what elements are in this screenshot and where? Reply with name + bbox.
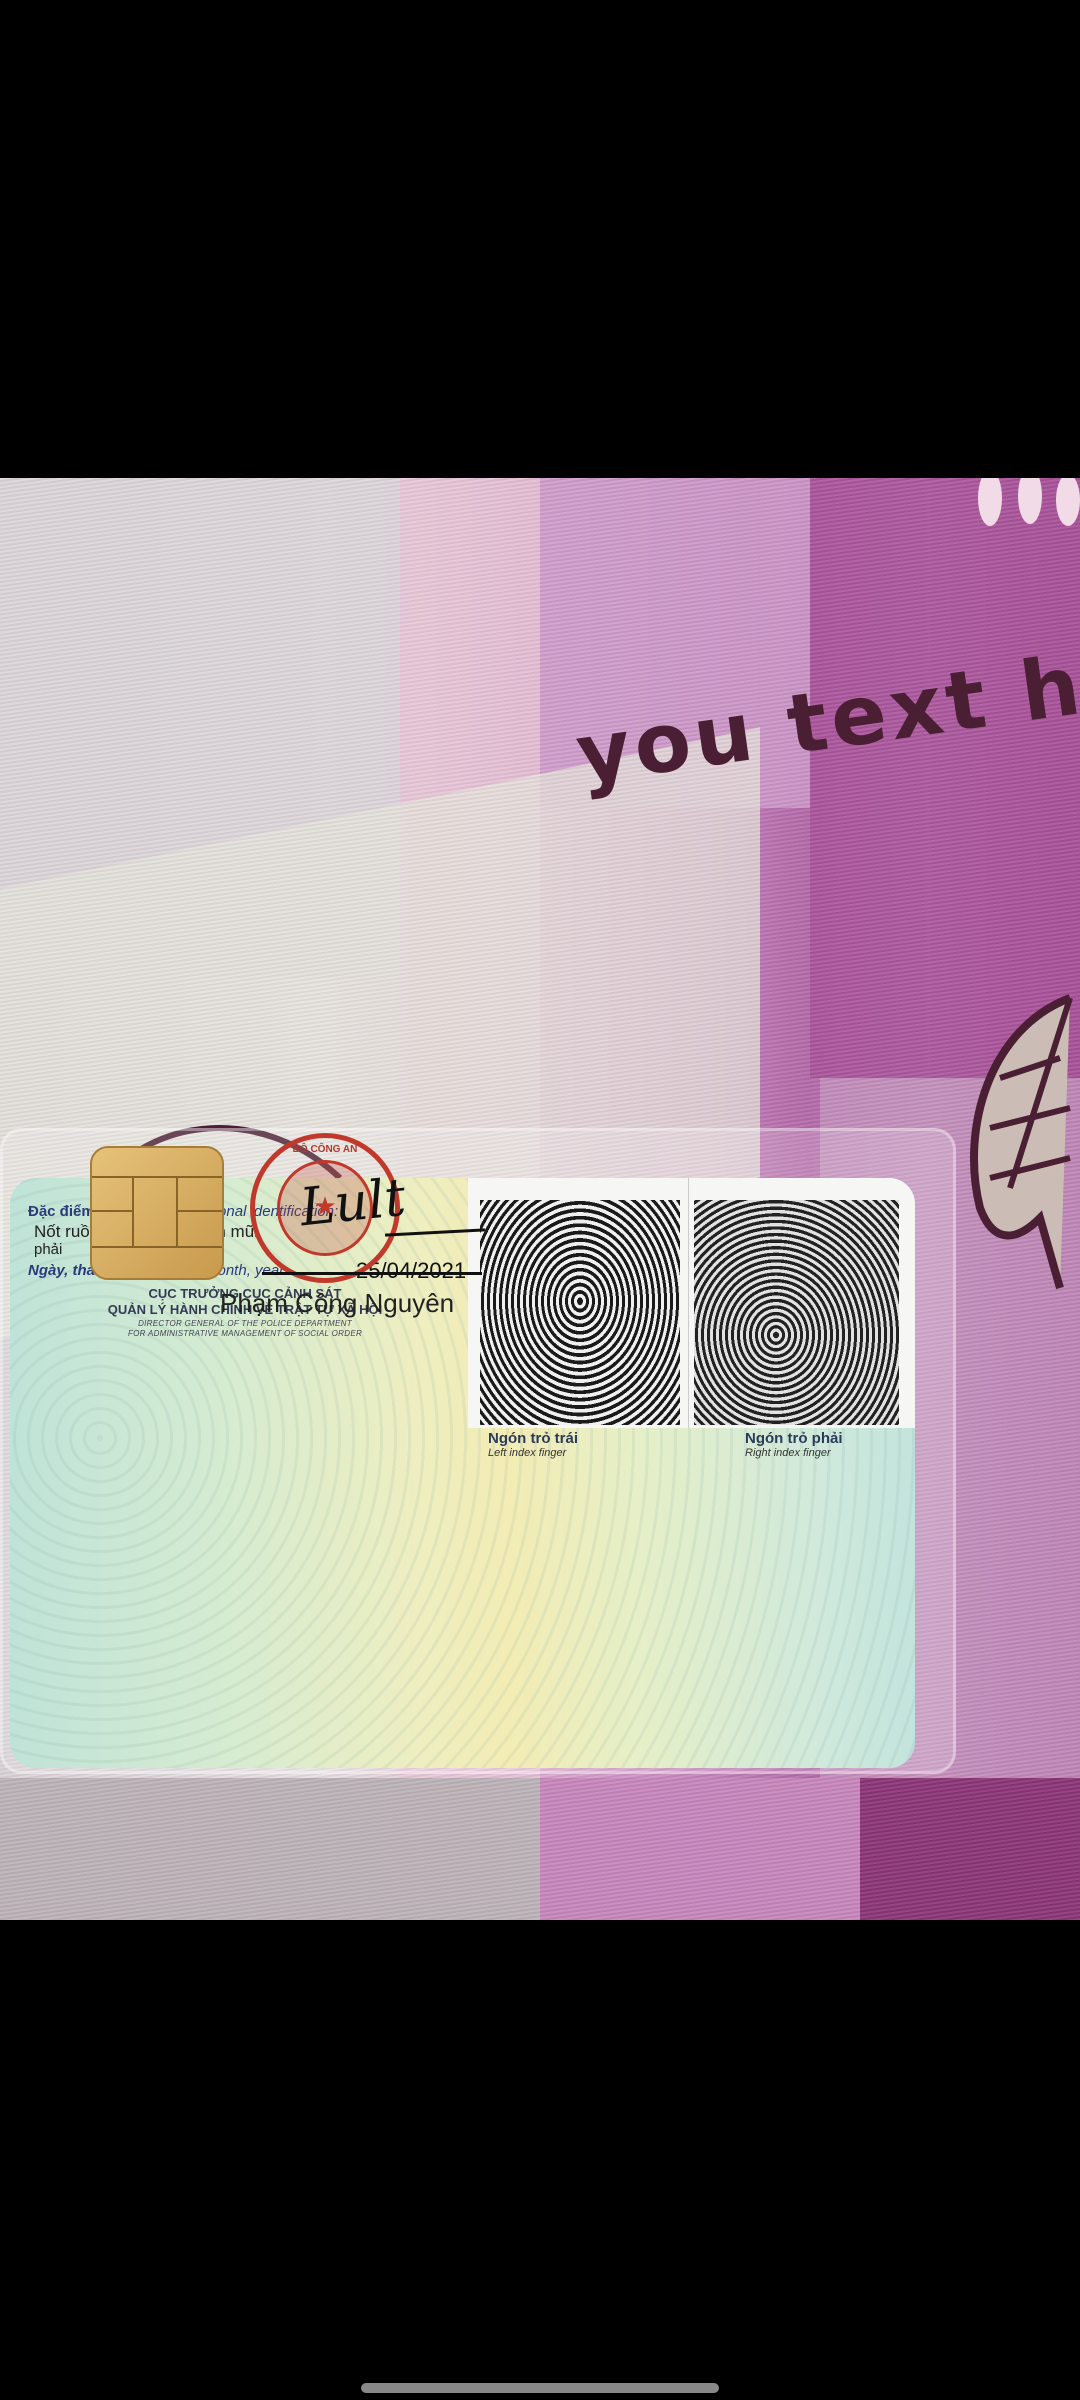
left-finger-label-vi: Ngón trỏ trái [488,1430,578,1447]
leaf-icon [950,988,1080,1308]
fingerprint-divider [688,1178,689,1428]
smart-chip-icon [90,1146,224,1280]
authority-title-en-1: DIRECTOR GENERAL OF THE POLICE DEPARTMEN… [80,1319,410,1328]
flower-icon [960,478,1080,538]
right-finger-label-vi: Ngón trỏ phải [745,1430,843,1447]
home-indicator[interactable] [361,2383,719,2393]
personal-identification-value-cont: phải [34,1241,62,1258]
right-finger-label-en: Right index finger [745,1447,843,1459]
authority-title-en-2: FOR ADMINISTRATIVE MANAGEMENT OF SOCIAL … [80,1329,410,1338]
right-index-fingerprint [694,1200,899,1425]
signature: Lult [297,1168,408,1239]
stamp-text: BỘ CÔNG AN [255,1144,395,1155]
left-finger-label-en: Left index finger [488,1447,578,1459]
right-finger-caption: Ngón trỏ phải Right index finger [745,1430,843,1459]
photo-viewer: you text h Đặc điểm nhân dạng / Personal… [0,478,1080,1920]
left-index-fingerprint [480,1200,680,1425]
signer-name: Phạm Công Nguyên [220,1288,454,1319]
left-finger-caption: Ngón trỏ trái Left index finger [488,1430,578,1459]
signature-line [262,1272,482,1275]
